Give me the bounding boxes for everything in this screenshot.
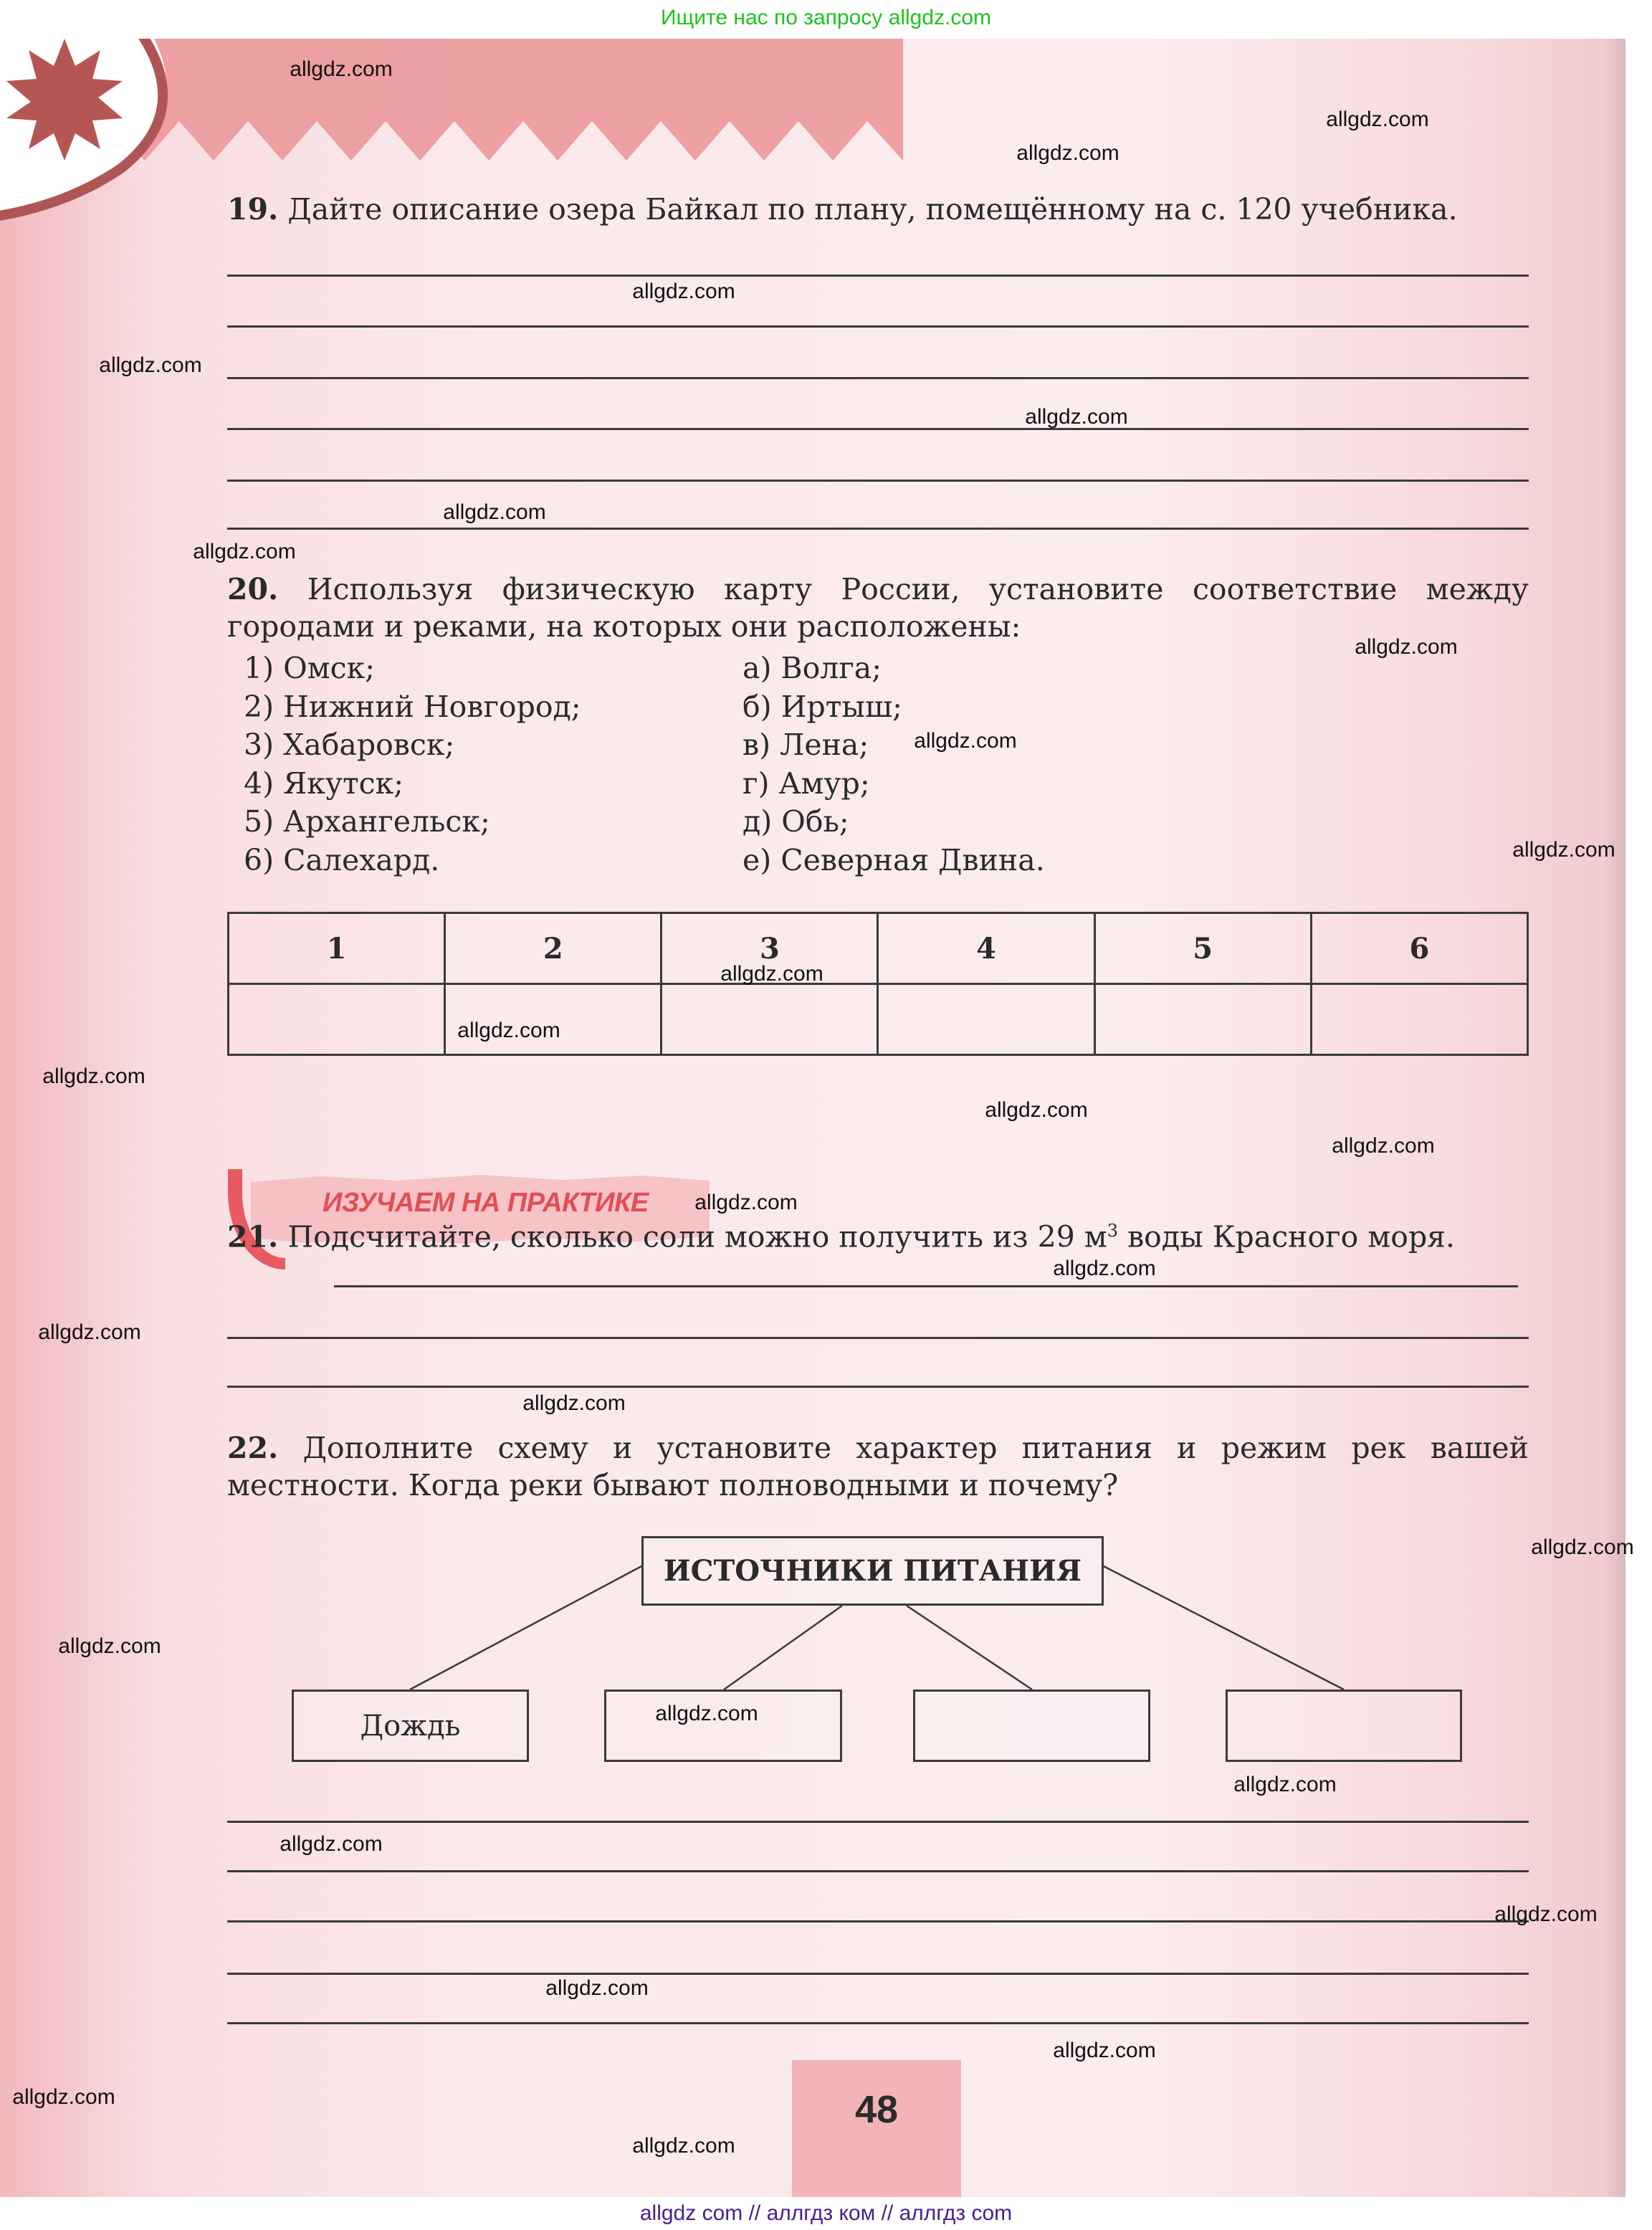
watermark: allgdz.com [1016,141,1119,166]
watermark: allgdz.com [443,500,545,525]
page-number: 48 [792,2087,961,2132]
watermark: allgdz.com [1512,838,1615,862]
watermark: allgdz.com [1326,108,1428,132]
watermark: allgdz.com [1025,405,1127,429]
watermark: allgdz.com [694,1191,797,1215]
diagram-child-box[interactable] [1226,1690,1462,1762]
answer-line[interactable] [227,1870,1529,1872]
diagram-child-label: Дождь [361,1710,461,1743]
diagram-root-label: ИСТОЧНИКИ ПИТАНИЯ [664,1554,1082,1588]
watermark: allgdz.com [280,1832,382,1857]
watermark: allgdz.com [1332,1134,1434,1158]
watermark: allgdz.com [290,57,392,82]
watermark: allgdz.com [655,1702,758,1726]
search-hint-banner: Ищите нас по запросу allgdz.com [0,0,1652,39]
watermark: allgdz.com [985,1098,1087,1123]
watermark: allgdz.com [457,1019,560,1043]
watermark: allgdz.com [1053,2039,1155,2063]
answer-line[interactable] [227,1821,1529,1823]
watermark: allgdz.com [632,2134,735,2158]
footer-watermark: allgdz com // аллгдз ком // аллгдз com [0,2197,1652,2230]
watermark: allgdz.com [58,1634,161,1659]
answer-line[interactable] [227,2022,1529,2024]
watermark: allgdz.com [545,1976,648,2001]
watermark: allgdz.com [1233,1773,1336,1797]
watermark: allgdz.com [632,280,735,304]
workbook-page: 19. Дайте описание озера Байкал по плану… [0,39,1625,2197]
watermark: allgdz.com [99,353,201,378]
diagram-root-box: ИСТОЧНИКИ ПИТАНИЯ [641,1536,1104,1606]
watermark: allgdz.com [914,729,1016,753]
watermark: allgdz.com [1531,1535,1633,1560]
answer-line[interactable] [227,1920,1529,1922]
watermark: allgdz.com [522,1391,625,1416]
answer-line[interactable] [227,1973,1529,1975]
watermark: allgdz.com [720,962,823,986]
page-number-tab: 48 [792,2060,961,2197]
diagram-child-box: Дождь [292,1690,529,1762]
watermark: allgdz.com [12,2085,115,2110]
watermark: allgdz.com [1355,635,1457,659]
watermark: allgdz.com [193,540,295,564]
watermark: allgdz.com [1494,1902,1597,1927]
watermark: allgdz.com [42,1064,145,1089]
watermark: allgdz.com [38,1320,140,1345]
watermark: allgdz.com [1053,1257,1155,1281]
diagram-child-box[interactable] [913,1690,1150,1762]
